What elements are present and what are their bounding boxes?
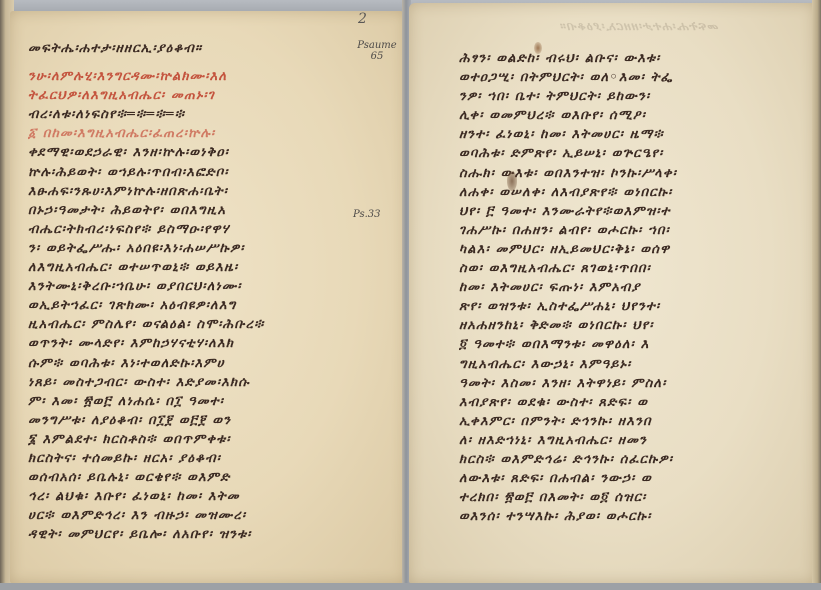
text-line-rubric: ትፈርህዎ፡ለእግዚአብሔር፡ መጠኑ፡ገ [28,86,338,105]
text-line: ዳዊት፡ መምህርየ፡ ይቤሎ፡ ለአቡየ፡ ዝንቱ፡ [28,525,338,544]
right-page-text: ሕፃን፡ ወልድከ፡ ብሩህ፡ ልቡና፡ ውእቱ፡ ወተዐጋሢ፡ በትምህርት፡… [459,49,773,526]
text-line: ስወ፡ ወእግዚአብሔር፡ ጸገወኒ፡ጥበበ፡ [459,259,773,278]
text-line: ቀደማዊ፡ወደኃራዊ፡ እንዘ፡ኵሉ፡ወነቅዐ፡ [28,143,338,162]
text-line: ፮ እምልደተ፡ ክርስቶስ፨ ወበጥምቀቱ፡ [28,430,338,449]
margin-note-psalm-33: Ps.33 [353,209,381,220]
text-line: ለእግዚአብሔር፡ ወተሠጥወኒ፨ ወይእዜ፡ [28,258,338,277]
text-line: ተረክበ፡ ፳ወ፫ በእመት፡ ወ፬ ሰዝር፡ [459,488,773,507]
text-line: ሊቀ፡ ወመምህረ፨ ወእቡየ፡ ሰሚዖ፡ [459,106,773,125]
text-line: ኢቀእምር፡ በምንት፡ ድኅንኩ፡ ዘእንበ [459,412,773,431]
text-line: ለሐቀ፡ ወሠለቀ፡ ለእብያጽየ፨ ወነበርኩ፡ [459,183,773,202]
text-line-rubric: ፩ በከመ፡እግዚአብሔር፡ፈጠረ፡ኵሉ፡ [28,124,338,143]
text-line: ሱም፨ ወባሕቱ፡ እነ፡ተወለድኩ፡እምሀ [28,354,338,373]
text-line: ለውእቱ፡ ጸድፍ፡ በሐብል፡ ንውኃ፡ ወ [459,469,773,488]
text-line: ከመ፡ እትመሀር፡ ፍጡነ፡ እምአብያ [459,278,773,297]
text-line: ግዚአብሔር፡ እውኃኒ፡ እምዓይኑ፡ [459,355,773,374]
text-line: ዘአሐዘንከኒ፡ ቅድመ፨ ወነበርኩ፡ ህየ፡ [459,316,773,335]
text-line: ወባሕቱ፡ ድምጽየ፡ ኢይሠኒ፡ ወጕርዔየ፡ [459,144,773,163]
left-page: መፍትሔ፡ሐተታ፡ዘዘርኢ፡ያዕቆብ። ንሁ፡ለምሉሂ፡እንግርዳሙ፡ኵልክሙ፡… [10,11,406,583]
show-through-header: መፍትሔ፡ሐተታ፡ዘዘርኢ፡ያዕቆብ። [489,19,719,34]
text-line: ወኢይትኀፈር፡ ገጽክሙ፡ አዕብዩዎ፡ለእግ [28,296,338,315]
text-line: ነጸይ፡ መስተጋብር፡ ውስተ፡ እድያመ፡እክሱ [28,373,338,392]
text-line: ን፡ ወይትፌሥሑ፡ አዕበዩ፡እነ፡ሐሠሥኩዎ፡ [28,239,338,258]
text-line: ጽየ፡ ወዝንቱ፡ ኢስተፌሥሐኒ፡ ህየንተ፡ [459,297,773,316]
right-binding-edge [812,0,821,590]
margin-note-psalm-65: Psaume 65 [355,40,399,62]
left-page-text: መፍትሔ፡ሐተታ፡ዘዘርኢ፡ያዕቆብ። ንሁ፡ለምሉሂ፡እንግርዳሙ፡ኵልክሙ፡… [28,39,338,544]
text-line: ህየ፡ ፫ ዓመተ፡ እንሙራትየ፨ወእምዝ፡ተ [459,202,773,221]
text-line: ብሔር፡ትክብረ፡ነፍስየ፨ ይስማዑ፡የዋሃ [28,220,338,239]
text-line-rubric: ንሁ፡ለምሉሂ፡እንግርዳሙ፡ኵልክሙ፡እለ [28,67,338,86]
text-line: ዘንተ፡ ፈነወኒ፡ ከመ፡ እትመሀር፡ ዜማ፨ [459,125,773,144]
text-line: ገሐሥኩ፡ በሐዘን፡ ልብየ፡ ወሖርኩ፡ ኀበ፡ [459,221,773,240]
text-line: መንግሥቱ፡ ለያዕቆብ፡ በ፲፻ ወ፫፻ ወን [28,411,338,430]
text-line: እብያጽየ፡ ወደቁ፡ ውስተ፡ ጸድፍ፡ ወ [459,393,773,412]
ink-stain [507,171,517,191]
text-line: ሕፃን፡ ወልድከ፡ ብሩህ፡ ልቡና፡ ውእቱ፡ [459,49,773,68]
text-line: ካልእ፡ መምህር፡ ዘኢይመህር፡ቅኔ፡ ወሰዋ [459,240,773,259]
paper-stain [534,42,542,54]
text-line: ንዎ፡ ኀበ፡ ቤተ፡ ትምህርት፡ ይከውን፡ [459,87,773,106]
text-line: ወሰብአሰ፡ ይቤሉኒ፡ ወርቄየ፨ ወእምድ [28,468,338,487]
text-line: ክርስትና፡ ተሰመይኩ፡ ዘርአ፡ ያዕቆብ፡ [28,449,338,468]
text-line: ብረ፡ለቱ፡ለነፍስየ፨═፨═፨═፨ [28,105,338,124]
text-line: ኵሉ፡ሕይወት፡ ወኀይሉ፡ጥበብ፡እፎድቦ፡ [28,163,338,182]
text-line: ለ፡ ዘእድኀነኒ፡ እግዚአብሔር፡ ዘመን [459,431,773,450]
text-line: እፁሐፍ፡ንጹሀ፡እምነኵሉ፡ዘበጽሐ፡ቤት፡ [28,182,338,201]
text-line: ኅረ፡ ልህቁ፡ እቡየ፡ ፈነወኒ፡ ከመ፡ እትመ [28,487,338,506]
text-line: ወጥንት፡ ሙላድየ፡ እምከኃሃናቲሃ፡ለእክ [28,334,338,353]
folio-number: 2 [358,14,367,25]
text-line: ም፡ እመ፡ ፳ወ፫ ለነሐሴ፡ በ፲ ዓመተ፡ [28,392,338,411]
text-line: ዚአብሔር፡ ምስሌየ፡ ወናልዕል፡ ስሞ፡ሕቡረ፨ [28,315,338,334]
text-line: እንትሙኒ፡ቅረቡ፡ኀቤሁ፡ ወያበርህ፡ለነሙ፡ [28,277,338,296]
text-line: ወተዐጋሢ፡ በትምህርት፡ ወለ◦እመ፡ ትፌ [459,68,773,87]
text-line: በኑኃ፡ዓመታት፡ ሕይወትየ፡ ወበእግዚአ [28,201,338,220]
text-line: ክርስ፨ ወእምድኅሬ፡ ድኅንኩ፡ ሰፈርኩዎ፡ [459,450,773,469]
text-line: ወእንሰ፡ ተንሣእኩ፡ ሕያወ፡ ወሖርኩ፡ [459,507,773,526]
right-page: መፍትሔ፡ሐተታ፡ዘዘርኢ፡ያዕቆብ። ሕፃን፡ ወልድከ፡ ብሩህ፡ ልቡና፡… [409,3,815,583]
background-bottom [0,583,821,590]
text-line: ዓመት፡ እስመ፡ እንዘ፡ እትዋነይ፡ ምስለ፡ [459,374,773,393]
running-header: መፍትሔ፡ሐተታ፡ዘዘርኢ፡ያዕቆብ። [28,39,338,58]
text-line: ፬ ዓመተ፨ ወበእማንቱ፡ መዋዕለ፡ እ [459,335,773,354]
text-line: ሀር፨ ወእምድኅረ፡ እን ብዙኃ፡ መዝሙረ፡ [28,506,338,525]
